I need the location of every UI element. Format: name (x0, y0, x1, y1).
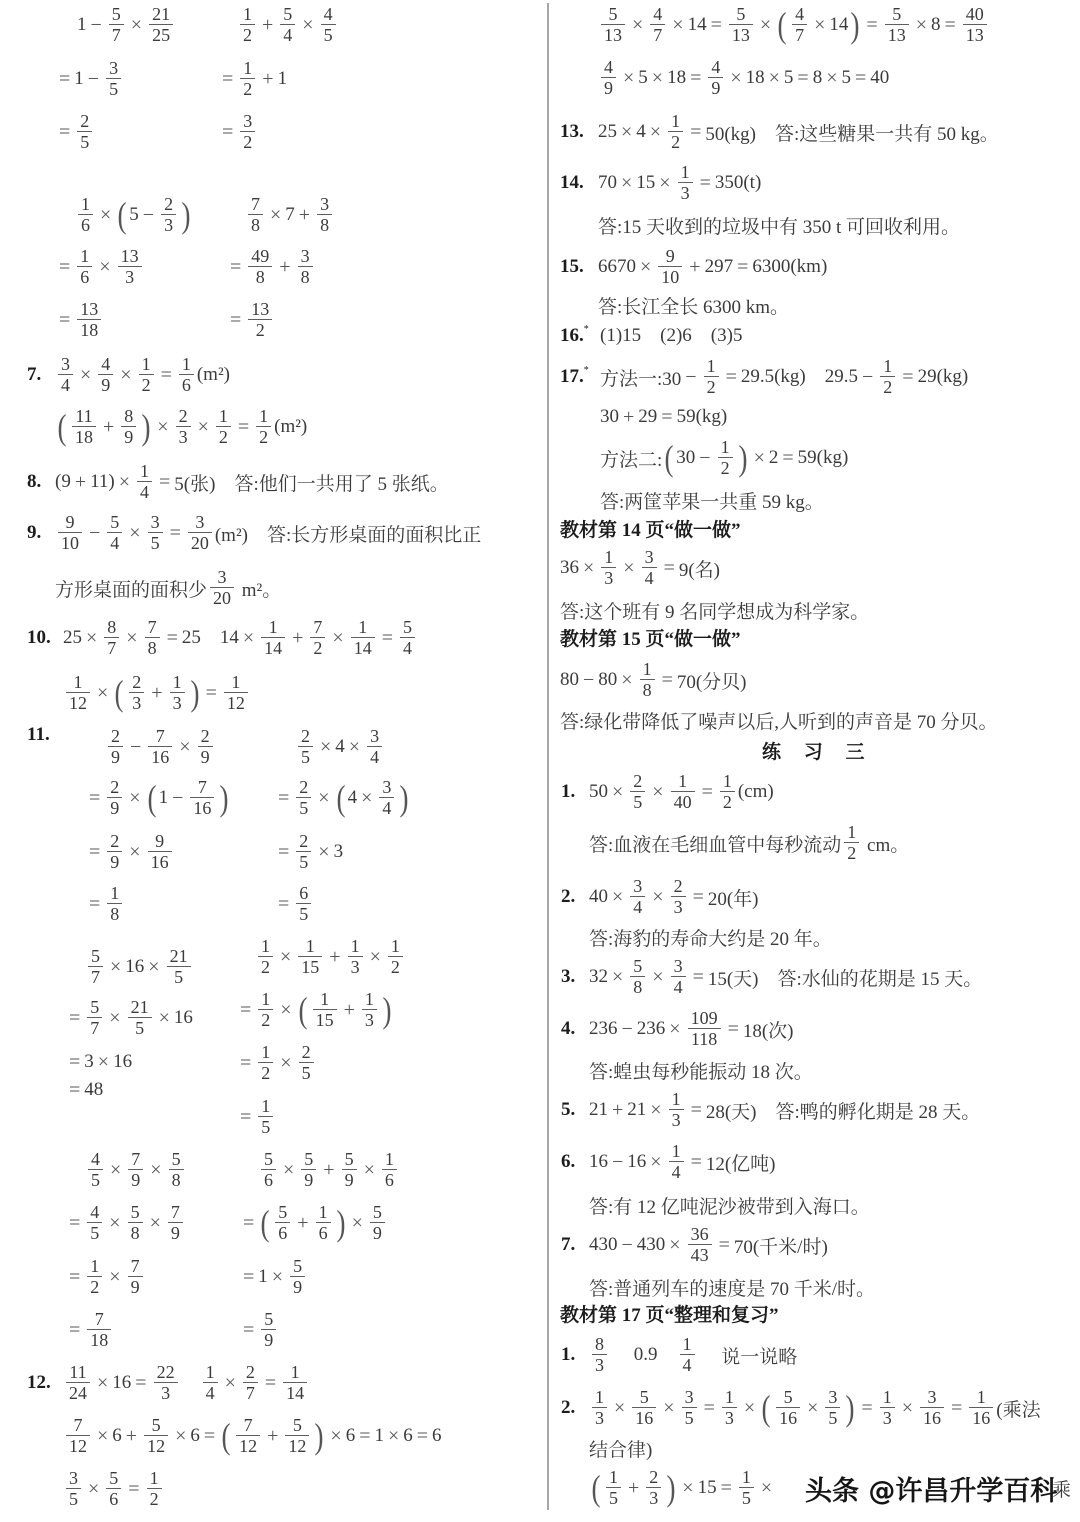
fraction: 54 (280, 6, 295, 44)
fraction: 49 (98, 356, 113, 394)
text: 59(kg) (677, 406, 728, 428)
text: 结合律) (589, 1435, 652, 1462)
numerator: 1 (704, 358, 719, 377)
denominator: 3 (592, 1408, 607, 1427)
text: 答:长江全长 6300 km。 (598, 292, 789, 319)
numerator: 4 (87, 1204, 102, 1223)
text: 30 (676, 447, 695, 469)
denominator: 40 (671, 792, 695, 811)
fraction: 57 (109, 6, 124, 44)
numerator: 1 (316, 1204, 331, 1223)
fraction: 59 (370, 1204, 385, 1242)
denominator: 9 (261, 1330, 276, 1349)
operator: + (126, 1425, 137, 1448)
numerator: 2 (107, 779, 122, 798)
fraction: 29 (198, 728, 213, 766)
denominator: 43 (688, 1245, 712, 1264)
denominator: 16 (148, 747, 172, 766)
expression: (1)15 (2)6 (3)5 (600, 325, 742, 347)
text: 4 (636, 121, 646, 143)
numerator: 1 (137, 463, 152, 482)
numerator: 5 (632, 1389, 656, 1408)
denominator: 9 (198, 747, 213, 766)
numerator: 11 (72, 408, 96, 427)
denominator: 5 (321, 25, 336, 44)
numerator: 1 (739, 1469, 754, 1488)
operator: + (299, 204, 310, 227)
operator: − (622, 1018, 633, 1041)
numerator: 2 (298, 728, 313, 747)
operator: × (744, 1397, 755, 1420)
operator: × (672, 14, 683, 37)
operator: × (318, 787, 329, 810)
denominator: 18 (87, 1330, 111, 1349)
operator: = (243, 1266, 254, 1289)
text: 16 (113, 1051, 132, 1073)
text: 15 (636, 172, 655, 194)
numerator: 5 (630, 958, 645, 977)
text: 18 (746, 67, 765, 89)
denominator: 4 (58, 375, 73, 394)
numerator: 1 (224, 674, 248, 693)
operator: × (650, 1151, 661, 1174)
operator: + (612, 1099, 623, 1122)
operator: + (262, 14, 273, 37)
numerator: 1 (139, 356, 154, 375)
text: 11) (90, 471, 115, 493)
fraction: 215 (128, 999, 152, 1037)
fraction: 65 (296, 885, 311, 923)
denominator: 9 (290, 1277, 305, 1296)
fraction: 13 (678, 164, 693, 202)
fraction: 29 (107, 779, 122, 817)
operator: = (167, 627, 178, 650)
numerator: 1 (256, 408, 271, 427)
denominator: 2 (240, 25, 255, 44)
denominator: 2 (718, 458, 733, 477)
fraction: 140 (671, 773, 695, 811)
denominator: 4 (642, 568, 657, 587)
operator: = (230, 309, 241, 332)
operator: = (702, 781, 713, 804)
operator: + (628, 1477, 639, 1500)
operator: = (417, 1425, 428, 1448)
denominator: 15 (313, 1010, 337, 1029)
operator: × (650, 121, 661, 144)
text: 5 (784, 67, 794, 89)
operator: = (59, 121, 70, 144)
fraction: 25 (298, 728, 313, 766)
fraction: 114 (283, 1364, 307, 1402)
text: 5(张) 答:他们一共用了 5 张纸。 (174, 469, 448, 496)
numerator: 1 (147, 1470, 162, 1489)
operator: = (159, 471, 170, 494)
operator: × (583, 557, 594, 580)
numerator: 7 (310, 619, 325, 638)
operator: = (359, 1425, 370, 1448)
numerator: 5 (301, 1151, 316, 1170)
operator: × (826, 67, 837, 90)
numerator: 2 (646, 1469, 661, 1488)
question-number: 15. (560, 256, 598, 278)
denominator: 5 (87, 1223, 102, 1242)
denominator: 3 (722, 1408, 737, 1427)
denominator: 8 (630, 977, 645, 996)
fraction: 16 (316, 1204, 331, 1242)
text: 方法一:30 (600, 364, 681, 391)
fraction: 34 (671, 958, 686, 996)
denominator: 20 (210, 588, 234, 607)
denominator: 5 (148, 533, 163, 552)
operator: × (318, 841, 329, 864)
numerator: 2 (176, 408, 191, 427)
numerator: 6 (296, 885, 311, 904)
fraction: 223 (154, 1364, 178, 1402)
fraction: 59 (290, 1258, 305, 1296)
operator: = (382, 627, 393, 650)
operator: = (89, 893, 100, 916)
fraction: 54 (400, 619, 415, 657)
denominator: 13 (729, 25, 753, 44)
text: 4 (335, 736, 345, 758)
fraction: 132 (248, 301, 272, 339)
fraction: 89 (121, 408, 136, 446)
text: (1)15 (2)6 (3)5 (600, 325, 742, 347)
text: 50(kg) 答:这些糖果一共有 50 kg。 (705, 119, 998, 146)
denominator: 3 (646, 1488, 661, 1507)
operator: × (612, 781, 623, 804)
text: 3 (84, 1051, 94, 1073)
fraction: 12 (256, 408, 271, 446)
text: 6 (112, 1425, 122, 1447)
numerator: 1 (313, 991, 337, 1010)
numerator: 1 (668, 113, 683, 132)
operator: × (370, 946, 381, 969)
right-paren: ) (220, 780, 229, 816)
expression: 25×4×12=50(kg) 答:这些糖果一共有 50 kg。 (598, 113, 999, 151)
operator: = (161, 364, 172, 387)
operator: = (691, 1099, 702, 1122)
fraction: 49 (601, 59, 616, 97)
fraction: 45 (88, 1151, 103, 1189)
numerator: 1 (240, 6, 255, 25)
fraction: 59 (261, 1311, 276, 1349)
numerator: 1 (258, 1044, 273, 1063)
expression: 40×34×23=20(年) (589, 878, 759, 916)
question-number-label: 16. (560, 325, 584, 347)
numerator: 5 (342, 1151, 357, 1170)
fraction: 83 (592, 1336, 607, 1374)
fraction: 12 (258, 938, 273, 976)
operator: × (126, 627, 137, 650)
operator: × (280, 1052, 291, 1075)
denominator: 5 (66, 1489, 81, 1508)
fraction: 23 (671, 878, 686, 916)
fraction: 716 (148, 728, 172, 766)
question-number: 7. (561, 1234, 589, 1256)
numerator: 1 (382, 1151, 397, 1170)
operator: = (278, 787, 289, 810)
operator: + (103, 416, 114, 439)
fraction: 79 (128, 1258, 143, 1296)
operator: × (272, 1266, 283, 1289)
operator: = (59, 309, 70, 332)
text: 5 (638, 67, 648, 89)
fraction: 27 (243, 1364, 258, 1402)
denominator: 2 (139, 375, 154, 394)
denominator: 7 (88, 967, 103, 986)
operator: × (99, 256, 110, 279)
fraction: 2125 (149, 6, 173, 44)
fraction: 34 (367, 728, 382, 766)
denominator: 9 (301, 1170, 316, 1189)
denominator: 6 (316, 1223, 331, 1242)
fraction: 38 (317, 196, 332, 234)
operator: + (329, 946, 340, 969)
right-paren: ) (315, 1418, 324, 1454)
denominator: 2 (668, 132, 683, 151)
text: 1 (159, 787, 169, 809)
numerator: 1 (77, 248, 92, 267)
fraction: 712 (66, 1417, 90, 1455)
numerator: 3 (66, 1470, 81, 1489)
denominator: 16 (190, 798, 214, 817)
numerator: 5 (601, 6, 625, 25)
expression: 34×49×12=16(m²) (55, 356, 230, 394)
text: 5 (841, 67, 851, 89)
operator: × (129, 841, 140, 864)
fraction: 4013 (963, 6, 987, 44)
operator: + (279, 256, 290, 279)
denominator: 3 (880, 1408, 895, 1427)
denominator: 2 (258, 957, 273, 976)
operator: = (737, 256, 748, 279)
denominator: 5 (128, 1018, 152, 1037)
operator: = (278, 893, 289, 916)
text: 14 (829, 14, 848, 36)
text: 80 (560, 669, 579, 691)
fraction: 25 (296, 779, 311, 817)
denominator: 20 (188, 533, 212, 552)
denominator: 6 (275, 1223, 290, 1242)
fraction: 29 (107, 833, 122, 871)
numerator: 7 (128, 1258, 143, 1277)
denominator: 9 (168, 1223, 183, 1242)
operator: = (128, 1478, 139, 1501)
operator: × (109, 1212, 120, 1235)
operator: + (323, 1159, 334, 1182)
question-number: 17.* (560, 366, 600, 388)
denominator: 9 (107, 852, 122, 871)
denominator: 3 (671, 897, 686, 916)
numerator: 13 (118, 248, 142, 267)
denominator: 14 (283, 1383, 307, 1402)
denominator: 7 (792, 25, 807, 44)
numerator: 3 (317, 196, 332, 215)
operator: − (699, 447, 710, 470)
right-paren: ) (738, 440, 747, 476)
fraction: 35 (682, 1389, 697, 1427)
fraction: 516 (776, 1389, 800, 1427)
left-paren: ( (762, 1390, 771, 1426)
fraction: 34 (630, 878, 645, 916)
operator: × (652, 67, 663, 90)
numerator: 1 (592, 1389, 607, 1408)
operator: × (769, 67, 780, 90)
denominator: 5 (299, 1063, 314, 1082)
operator: = (69, 1266, 80, 1289)
operator: − (172, 787, 183, 810)
numerator: 40 (963, 6, 987, 25)
numerator: 3 (106, 60, 121, 79)
denominator: 14 (351, 638, 375, 657)
denominator: 8 (640, 680, 655, 699)
denominator: 12 (236, 1436, 260, 1455)
numerator: 2 (107, 833, 122, 852)
operator: × (669, 1018, 680, 1041)
left-paren: ( (665, 440, 674, 476)
numerator: 3 (379, 779, 394, 798)
denominator: 5 (298, 747, 313, 766)
numerator: 7 (148, 728, 172, 747)
numerator: 21 (128, 999, 152, 1018)
numerator: 5 (370, 1204, 385, 1223)
fraction: 58 (630, 958, 645, 996)
denominator: 2 (844, 843, 859, 862)
numerator: 1 (258, 938, 273, 957)
operator: × (663, 1397, 674, 1420)
fraction: 32 (240, 113, 255, 151)
operator: × (614, 1397, 625, 1420)
numerator: 8 (121, 408, 136, 427)
fraction: 59 (342, 1151, 357, 1189)
operator: × (349, 736, 360, 759)
denominator: 3 (118, 267, 142, 286)
expression: 910−54×35=320(m²) 答:长方形桌面的面积比正 (55, 514, 481, 552)
denominator: 3 (161, 215, 176, 234)
numerator: 5 (729, 6, 753, 25)
left-paren: ( (261, 1205, 270, 1241)
text: 答:两筐苹果一共重 59 kg。 (600, 487, 824, 514)
fraction: 12 (258, 1044, 273, 1082)
fraction: 35 (148, 514, 163, 552)
fraction: 13 (170, 674, 185, 712)
numerator: 3 (825, 1389, 840, 1408)
optional-marker: * (584, 365, 589, 376)
denominator: 4 (630, 897, 645, 916)
numerator: 1 (722, 1389, 737, 1408)
fraction: 16 (179, 356, 194, 394)
fraction: 512 (144, 1417, 168, 1455)
text: 70(分贝) (677, 667, 747, 694)
operator: = (690, 67, 701, 90)
text: 1 (74, 68, 84, 90)
numerator: 2 (129, 674, 144, 693)
text: 2 (769, 447, 779, 469)
numerator: 1 (601, 549, 616, 568)
fraction: 712 (236, 1417, 260, 1455)
text: 16 (627, 1151, 646, 1173)
operator: × (159, 1007, 170, 1030)
denominator: 12 (285, 1436, 309, 1455)
fraction: 13 (362, 991, 377, 1029)
denominator: 6 (106, 1489, 121, 1508)
left-paren: ( (592, 1470, 601, 1506)
text: 6 (346, 1425, 356, 1447)
text: 70 (598, 172, 617, 194)
numerator: 49 (248, 248, 272, 267)
denominator: 4 (137, 482, 152, 501)
text: 答:有 12 亿吨泥沙被带到入海口。 (589, 1192, 870, 1219)
fraction: 14 (680, 1336, 695, 1374)
denominator: 7 (104, 638, 119, 657)
operator: × (131, 14, 142, 37)
numerator: 5 (275, 1204, 290, 1223)
fraction: 115 (298, 938, 322, 976)
numerator: 1 (298, 938, 322, 957)
operator: × (157, 416, 168, 439)
text: 20(年) (708, 884, 759, 911)
operator: − (88, 68, 99, 91)
denominator: 118 (688, 1029, 721, 1048)
operator: = (866, 14, 877, 37)
fraction: 513 (729, 6, 753, 44)
text: 236 (589, 1018, 618, 1040)
numerator: 5 (261, 1311, 276, 1330)
operator: = (69, 1319, 80, 1342)
denominator: 4 (280, 25, 295, 44)
denominator: 4 (107, 533, 122, 552)
fraction: 1118 (72, 408, 96, 446)
operator: × (97, 1372, 108, 1395)
fraction: 35 (825, 1389, 840, 1427)
operator: × (302, 14, 313, 37)
numerator: 1 (362, 991, 377, 1010)
text: 6670 (598, 256, 636, 278)
fraction: 49 (708, 59, 723, 97)
denominator: 12 (224, 693, 248, 712)
fraction: 112 (66, 674, 90, 712)
fraction: 56 (106, 1470, 121, 1508)
fraction: 1124 (66, 1364, 90, 1402)
text: 0.9 (610, 1344, 677, 1366)
fraction: 109118 (688, 1010, 721, 1048)
denominator: 2 (240, 132, 255, 151)
fraction: 79 (168, 1204, 183, 1242)
optional-marker: * (584, 324, 589, 335)
operator: × (659, 172, 670, 195)
text: 40 (870, 67, 889, 89)
operator: × (652, 886, 663, 909)
numerator: 3 (240, 113, 255, 132)
fraction: 133 (118, 248, 142, 286)
text: 方形桌面的面积少 (55, 575, 207, 602)
fraction: 12 (718, 439, 733, 477)
fraction: 34 (58, 356, 73, 394)
numerator: 13 (77, 301, 101, 320)
operator: = (240, 999, 251, 1022)
numerator: 1 (880, 358, 895, 377)
numerator: 1 (880, 1389, 895, 1408)
text: 25 14 (182, 627, 239, 649)
fraction: 25 (299, 1044, 314, 1082)
question-number: 9. (27, 522, 55, 544)
right-paren: ) (851, 7, 860, 43)
operator: = (265, 1372, 276, 1395)
denominator: 8 (248, 267, 272, 286)
fraction: 513 (601, 6, 625, 44)
fraction: 16 (77, 248, 92, 286)
